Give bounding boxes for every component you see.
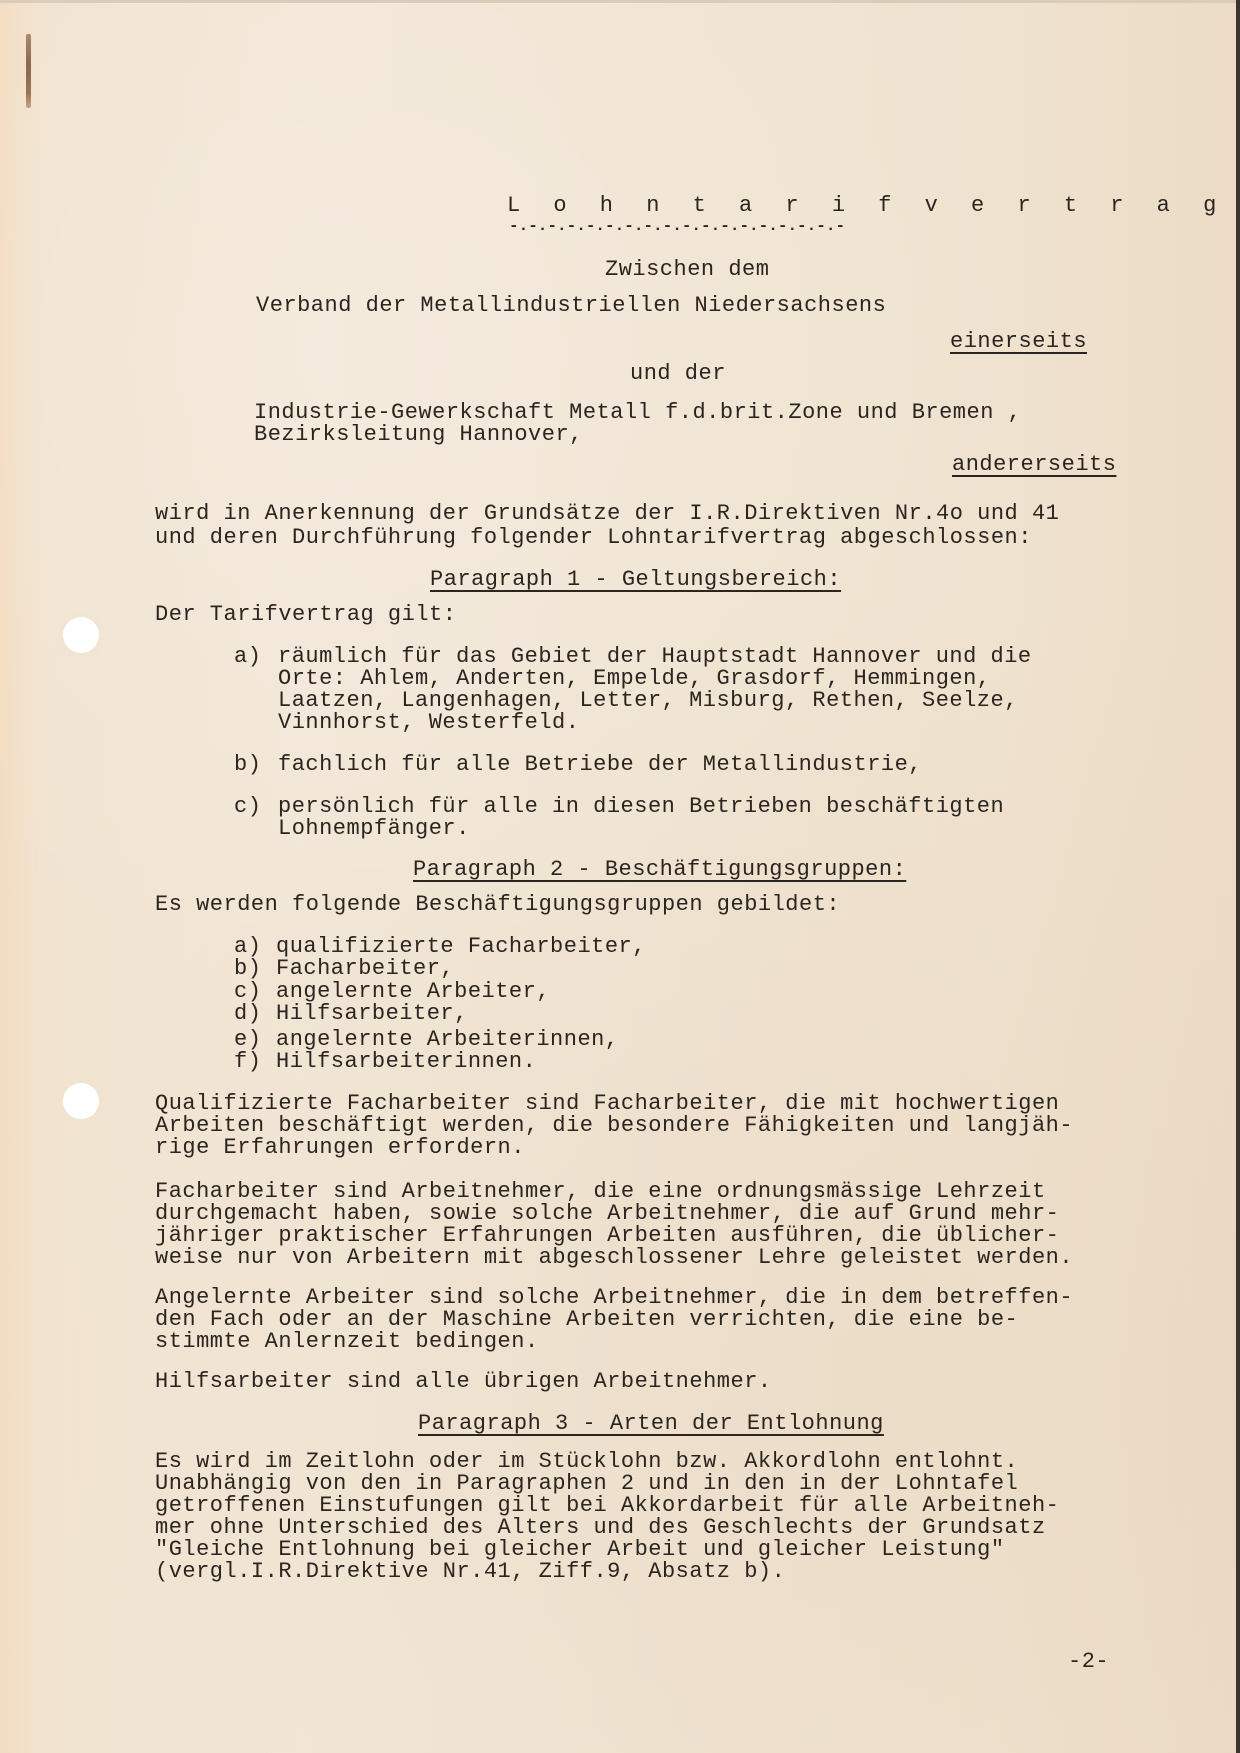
party-2-line-2: Bezirksleitung Hannover, bbox=[254, 423, 583, 447]
paragraph-1-intro: Der Tarifvertrag gilt: bbox=[155, 603, 456, 627]
item-b-line-1: fachlich für alle Betriebe der Metallind… bbox=[278, 753, 922, 777]
punch-hole-top bbox=[63, 617, 99, 653]
group-b-marker: b) bbox=[234, 957, 261, 981]
paragraph-2-heading: Paragraph 2 - Beschäftigungsgruppen: bbox=[413, 858, 906, 882]
paragraph-3-line-6: (vergl.I.R.Direktive Nr.41, Ziff.9, Absa… bbox=[155, 1560, 785, 1584]
item-a-marker: a) bbox=[234, 645, 261, 669]
definition-2-line-4: weise nur von Arbeitern mit abgeschlosse… bbox=[155, 1246, 1073, 1270]
item-a-line-4: Vinnhorst, Westerfeld. bbox=[278, 711, 579, 735]
group-f-marker: f) bbox=[234, 1050, 261, 1074]
document-title: L o h n t a r i f v e r t r a g bbox=[507, 194, 1226, 218]
definition-1-line-3: rige Erfahrungen erfordern. bbox=[155, 1136, 525, 1160]
between-label: Zwischen dem bbox=[605, 258, 769, 282]
item-c-marker: c) bbox=[234, 795, 261, 819]
group-b-label: Facharbeiter, bbox=[276, 957, 454, 981]
group-d-label: Hilfsarbeiter, bbox=[276, 1002, 468, 1026]
title-underline-rule: -.-.-.-.-.-.-.-.-.-.-.-.-.-.-.-.-.- bbox=[509, 218, 845, 234]
preamble-line-2: und deren Durchführung folgender Lohntar… bbox=[155, 526, 1032, 550]
definition-4-line-1: Hilfsarbeiter sind alle übrigen Arbeitne… bbox=[155, 1370, 772, 1394]
punch-hole-bottom bbox=[63, 1083, 99, 1119]
party-2-side: andererseits bbox=[952, 453, 1116, 477]
and-label: und der bbox=[630, 362, 726, 386]
definition-3-line-3: stimmte Anlernzeit bedingen. bbox=[155, 1330, 539, 1354]
paragraph-2-intro: Es werden folgende Beschäftigungsgruppen… bbox=[155, 893, 840, 917]
preamble-line-1: wird in Anerkennung der Grundsätze der I… bbox=[155, 502, 1059, 526]
party-1-name: Verband der Metallindustriellen Niedersa… bbox=[256, 294, 886, 318]
group-d-marker: d) bbox=[234, 1002, 261, 1026]
page-number: -2- bbox=[1068, 1650, 1109, 1674]
paragraph-1-heading: Paragraph 1 - Geltungsbereich: bbox=[430, 568, 841, 592]
party-1-side: einerseits bbox=[950, 330, 1087, 354]
page-right-edge bbox=[1236, 0, 1240, 1753]
margin-mark bbox=[26, 34, 31, 108]
page-top-edge bbox=[0, 0, 1240, 3]
paragraph-3-heading: Paragraph 3 - Arten der Entlohnung bbox=[418, 1412, 884, 1436]
item-b-marker: b) bbox=[234, 753, 261, 777]
group-f-label: Hilfsarbeiterinnen. bbox=[276, 1050, 536, 1074]
item-c-line-2: Lohnempfänger. bbox=[278, 817, 470, 841]
